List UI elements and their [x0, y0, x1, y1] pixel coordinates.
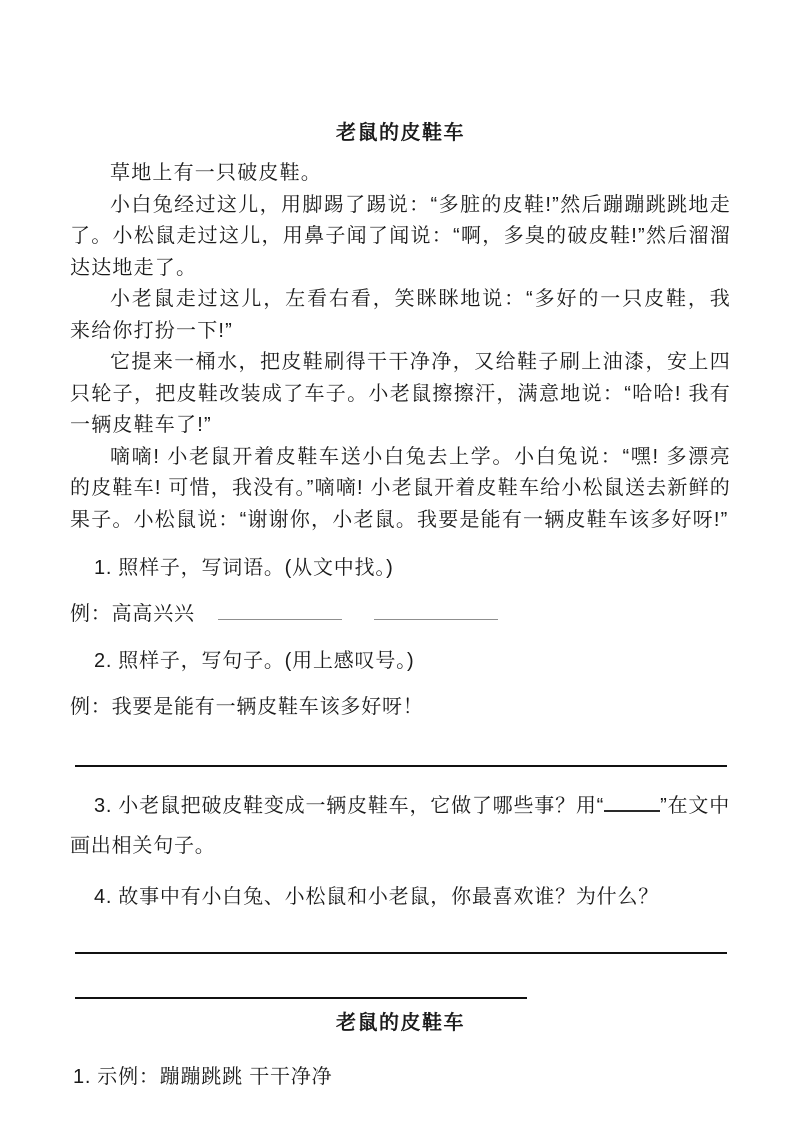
answer-blank-1 [218, 602, 342, 620]
passage-paragraph-4: 它提来一桶水，把皮鞋刷得干干净净，又给鞋子刷上油漆，安上四只轮子，把皮鞋改装成了… [70, 347, 731, 442]
question-1-example-row: 例：高高兴兴 [70, 599, 731, 629]
question-3-text-before: 小老鼠把破皮鞋变成一辆皮鞋车，它做了哪些事？用“ [118, 795, 604, 817]
question-1-text: 照样子，写词语。(从文中找。) [118, 557, 393, 579]
passage-paragraph-1: 草地上有一只破皮鞋。 [70, 158, 731, 190]
question-2-number: 2. [94, 650, 112, 672]
passage-paragraph-3: 小老鼠走过这儿，左看右看，笑眯眯地说：“多好的一只皮鞋，我来给你打扮一下!” [70, 284, 731, 347]
example-sentence-label: 例：我要是能有一辆皮鞋车该多好呀！ [70, 696, 424, 718]
answer-key-item-1: 1.示例：蹦蹦跳跳 干干净净 [73, 1062, 731, 1092]
answer-key-title: 老鼠的皮鞋车 [70, 1006, 731, 1035]
underline-mark-blank [604, 796, 660, 812]
question-3-number: 3. [94, 795, 112, 817]
section-divider-2 [75, 952, 727, 954]
passage-title: 老鼠的皮鞋车 [70, 116, 731, 145]
section-divider-3 [75, 997, 527, 999]
question-2-example-row: 例：我要是能有一辆皮鞋车该多好呀！ [70, 692, 731, 722]
question-4: 4.故事中有小白兔、小松鼠和小老鼠，你最喜欢谁？为什么？ [70, 882, 731, 912]
passage-paragraph-2: 小白兔经过这儿，用脚踢了踢说：“多脏的皮鞋!”然后蹦蹦跳跳地走了。小松鼠走过这儿… [70, 190, 731, 285]
answer-1-number: 1. [73, 1066, 91, 1088]
passage-paragraph-5: 嘀嘀! 小老鼠开着皮鞋车送小白兔去上学。小白兔说：“嘿! 多漂亮的皮鞋车! 可惜… [70, 442, 731, 537]
question-3: 3.小老鼠把破皮鞋变成一辆皮鞋车，它做了哪些事？用“”在文中画出相关句子。 [70, 786, 731, 866]
reading-passage: 草地上有一只破皮鞋。 小白兔经过这儿，用脚踢了踢说：“多脏的皮鞋!”然后蹦蹦跳跳… [70, 158, 731, 536]
section-divider-1 [75, 765, 727, 767]
question-4-text: 故事中有小白兔、小松鼠和小老鼠，你最喜欢谁？为什么？ [118, 886, 659, 908]
example-words-label: 例：高高兴兴 [70, 603, 195, 625]
question-1: 1.照样子，写词语。(从文中找。) [70, 553, 731, 583]
worksheet-page: 老鼠的皮鞋车 草地上有一只破皮鞋。 小白兔经过这儿，用脚踢了踢说：“多脏的皮鞋!… [0, 0, 793, 1122]
answer-blank-2 [374, 602, 498, 620]
question-1-number: 1. [94, 557, 112, 579]
question-2-text: 照样子，写句子。(用上感叹号。) [118, 650, 414, 672]
answer-1-text: 示例：蹦蹦跳跳 干干净净 [97, 1066, 332, 1088]
question-4-number: 4. [94, 886, 112, 908]
question-2: 2.照样子，写句子。(用上感叹号。) [70, 646, 731, 676]
